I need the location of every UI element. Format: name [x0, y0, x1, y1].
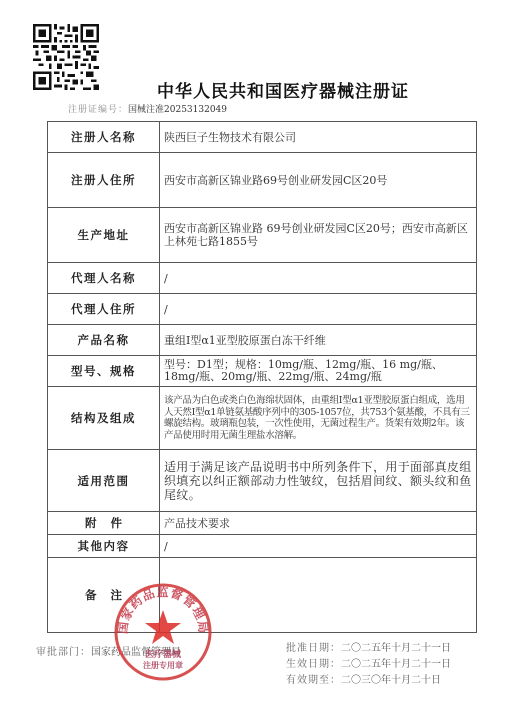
registration-table: 注册人名称 陕西巨子生物技术有限公司 注册人住所 西安市高新区锦业路69号创业研…: [47, 121, 477, 633]
table-row: 附件 产品技术要求: [48, 512, 477, 535]
effective-date-value: 二〇二五年十月二十一日: [341, 659, 451, 670]
valid-until: 有效期至：二〇三〇年十月二十日: [286, 673, 451, 689]
table-row: 结构及组成 该产品为白色或类白色海绵状固体，由重组Ⅰ型α1亚型胶原蛋白组成，选用…: [48, 387, 477, 450]
row-value-product-name: 重组I型α1亚型胶原蛋白冻干纤维: [160, 325, 477, 356]
row-label-registrant-address: 注册人住所: [48, 153, 160, 208]
approval-date: 批准日期：二〇二五年十月二十一日: [286, 641, 451, 657]
row-label-agent-address: 代理人住所: [48, 294, 160, 325]
row-value-structure: 该产品为白色或类白色海绵状固体，由重组Ⅰ型α1亚型胶原蛋白组成，选用人天然I型α…: [160, 387, 477, 450]
valid-until-value: 二〇三〇年十月二十日: [341, 675, 441, 686]
table-row: 产品名称 重组I型α1亚型胶原蛋白冻干纤维: [48, 325, 477, 356]
row-value-registrant-address: 西安市高新区锦业路69号创业研发园C区20号: [160, 153, 477, 208]
row-label-structure: 结构及组成: [48, 387, 160, 450]
effective-date: 生效日期：二〇二五年十月二十一日: [286, 657, 451, 673]
row-value-attachment: 产品技术要求: [160, 512, 477, 535]
table-row: 型号、规格 型号：D1型；规格：10mg/瓶、12mg/瓶、16 mg/瓶、18…: [48, 356, 477, 387]
row-label-attachment: 附件: [48, 512, 160, 535]
row-value-production-address: 西安市高新区锦业路 69号创业研发园C区20号；西安市高新区上林苑七路1855号: [160, 208, 477, 263]
dates-block: 批准日期：二〇二五年十月二十一日 生效日期：二〇二五年十月二十一日 有效期至：二…: [286, 641, 451, 689]
row-label-other: 其他内容: [48, 535, 160, 558]
official-seal-icon: 国家药品监督管理局 医疗器械 注册专用章: [113, 582, 213, 682]
table-row: 代理人住所 /: [48, 294, 477, 325]
approval-department-label: 审批部门：: [36, 647, 91, 658]
row-value-model-spec: 型号：D1型；规格：10mg/瓶、12mg/瓶、16 mg/瓶、18mg/瓶、2…: [160, 356, 477, 387]
table-row: 代理人名称 /: [48, 263, 477, 294]
seal-inner-line1: 医疗器械: [145, 648, 182, 660]
row-label-scope: 适用范围: [48, 450, 160, 512]
row-value-agent-name: /: [160, 263, 477, 294]
approval-date-label: 批准日期：: [286, 643, 341, 654]
table-row: 生产地址 西安市高新区锦业路 69号创业研发园C区20号；西安市高新区上林苑七路…: [48, 208, 477, 263]
effective-date-label: 生效日期：: [286, 659, 341, 670]
row-label-registrant-name: 注册人名称: [48, 122, 160, 153]
table-row: 其他内容 /: [48, 535, 477, 558]
table-row: 适用范围 适用于满足该产品说明书中所列条件下，用于面部真皮组织填充以纠正额部动力…: [48, 450, 477, 512]
registration-number-label: 注册证编号：: [68, 105, 128, 115]
row-label-production-address: 生产地址: [48, 208, 160, 263]
row-value-other: /: [160, 535, 477, 558]
row-label-product-name: 产品名称: [48, 325, 160, 356]
table-row: 注册人住所 西安市高新区锦业路69号创业研发园C区20号: [48, 153, 477, 208]
table-row: 备注: [48, 558, 477, 633]
valid-until-label: 有效期至：: [286, 675, 341, 686]
approval-date-value: 二〇二五年十月二十一日: [341, 643, 451, 654]
row-label-model-spec: 型号、规格: [48, 356, 160, 387]
registration-number: 注册证编号：国械注准20253132049: [68, 102, 227, 115]
row-value-scope: 适用于满足该产品说明书中所列条件下，用于面部真皮组织填充以纠正额部动力性皱纹，包…: [160, 450, 477, 512]
row-value-registrant-name: 陕西巨子生物技术有限公司: [160, 122, 477, 153]
document-title: 中华人民共和国医疗器械注册证: [0, 77, 522, 102]
row-label-agent-name: 代理人名称: [48, 263, 160, 294]
row-value-agent-address: /: [160, 294, 477, 325]
seal-inner-line2: 注册专用章: [143, 660, 183, 670]
table-row: 注册人名称 陕西巨子生物技术有限公司: [48, 122, 477, 153]
registration-number-value: 国械注准20253132049: [128, 105, 227, 115]
